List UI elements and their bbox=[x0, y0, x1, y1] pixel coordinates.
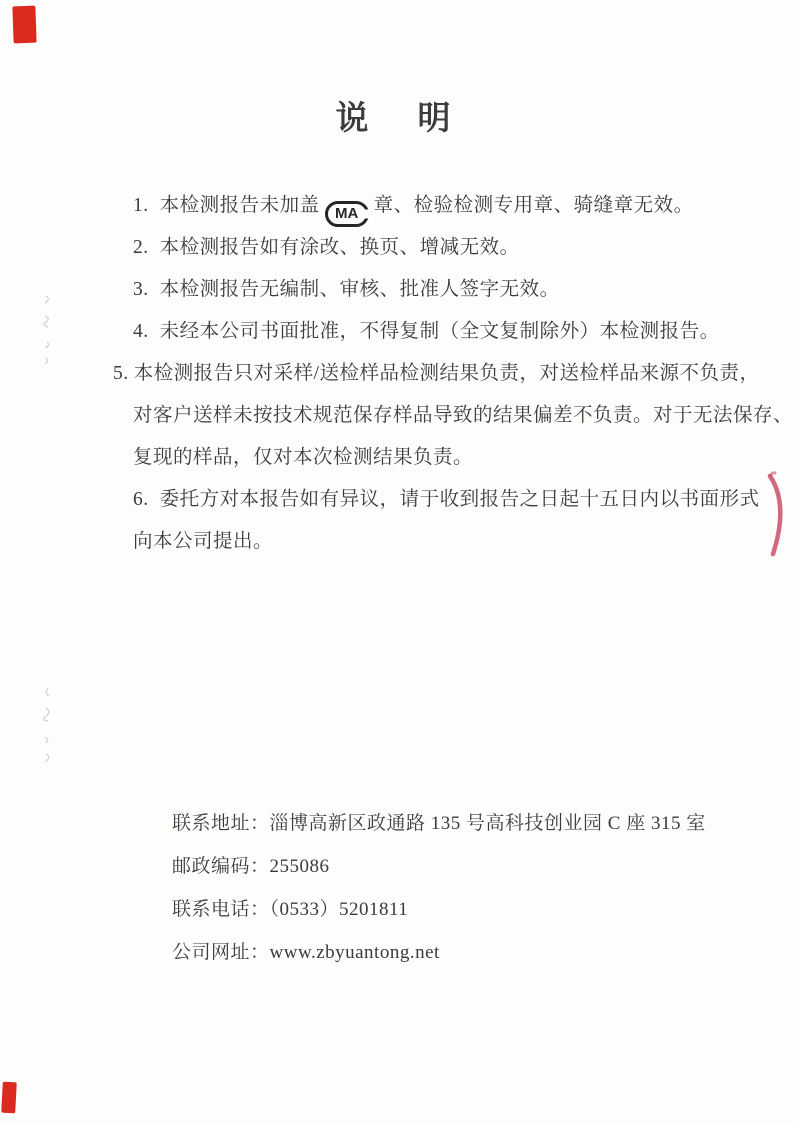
pencil-smudge-upper bbox=[36, 290, 58, 370]
contact-phone-line: 联系电话：（0533）5201811 bbox=[172, 888, 706, 931]
contact-postcode-line: 邮政编码：255086 bbox=[172, 845, 706, 888]
contact-address-label: 联系地址： bbox=[172, 813, 270, 834]
note-4-text: 未经本公司书面批准，不得复制（全文复制除外）本检测报告。 bbox=[160, 321, 720, 342]
note-item-5-line-3: 复现的样品，仅对本次检测结果负责。 bbox=[133, 437, 701, 479]
note-3-number: 3. bbox=[133, 269, 149, 311]
note-item-4: 4.未经本公司书面批准，不得复制（全文复制除外）本检测报告。 bbox=[133, 311, 701, 353]
note-5-text-line-3: 复现的样品，仅对本次检测结果负责。 bbox=[133, 447, 473, 468]
note-5-text-line-2: 对客户送样未按技术规范保存样品导致的结果偏差不负责。对于无法保存、 bbox=[133, 405, 793, 426]
notes-list: 1.本检测报告未加盖MA章、检验检测专用章、骑缝章无效。 2.本检测报告如有涂改… bbox=[133, 185, 701, 563]
note-5-number: 5. bbox=[113, 353, 129, 395]
note-6-text-line-2: 向本公司提出。 bbox=[133, 531, 273, 552]
cma-accreditation-mark-icon: MA bbox=[325, 201, 369, 227]
note-item-6-line-1: 6.委托方对本报告如有异议，请于收到报告之日起十五日内以书面形式 bbox=[133, 479, 701, 521]
contact-website-label: 公司网址： bbox=[172, 942, 270, 963]
note-item-6-line-2: 向本公司提出。 bbox=[133, 521, 701, 563]
contact-info-block: 联系地址：淄博高新区政通路 135 号高科技创业园 C 座 315 室 邮政编码… bbox=[172, 802, 706, 974]
note-1-number: 1. bbox=[133, 185, 149, 227]
note-2-text: 本检测报告如有涂改、换页、增减无效。 bbox=[160, 237, 520, 258]
contact-phone-label: 联系电话： bbox=[172, 899, 270, 920]
note-6-text-line-1: 委托方对本报告如有异议，请于收到报告之日起十五日内以书面形式 bbox=[160, 489, 760, 510]
note-item-5-line-2: 对客户送样未按技术规范保存样品导致的结果偏差不负责。对于无法保存、 bbox=[133, 395, 701, 437]
pencil-smudge-lower bbox=[36, 682, 58, 770]
note-item-5-line-1: 5.本检测报告只对采样/送检样品检测结果负责，对送检样品来源不负责， bbox=[113, 353, 701, 395]
note-item-1: 1.本检测报告未加盖MA章、检验检测专用章、骑缝章无效。 bbox=[133, 185, 701, 227]
contact-phone-value: （0533）5201811 bbox=[270, 899, 409, 920]
note-3-text: 本检测报告无编制、审核、批准人签字无效。 bbox=[160, 279, 560, 300]
red-pen-arc bbox=[757, 466, 794, 564]
note-item-3: 3.本检测报告无编制、审核、批准人签字无效。 bbox=[133, 269, 701, 311]
cma-mark-opening bbox=[365, 210, 371, 219]
scanned-report-notes-page: 说 明 1.本检测报告未加盖MA章、检验检测专用章、骑缝章无效。 2.本检测报告… bbox=[0, 0, 794, 1123]
note-6-number: 6. bbox=[133, 479, 149, 521]
contact-postcode-label: 邮政编码： bbox=[172, 856, 270, 877]
note-1-text-before-logo: 本检测报告未加盖 bbox=[160, 195, 320, 216]
red-stamp-fragment-bottom-left bbox=[1, 1082, 17, 1114]
cma-mark-letters: MA bbox=[335, 205, 358, 222]
note-item-2: 2.本检测报告如有涂改、换页、增减无效。 bbox=[133, 227, 701, 269]
contact-postcode-value: 255086 bbox=[270, 856, 330, 877]
contact-address-value: 淄博高新区政通路 135 号高科技创业园 C 座 315 室 bbox=[270, 813, 706, 834]
note-1-text-after-logo: 章、检验检测专用章、骑缝章无效。 bbox=[374, 195, 694, 216]
note-5-text-line-1: 本检测报告只对采样/送检样品检测结果负责，对送检样品来源不负责， bbox=[134, 363, 760, 384]
contact-website-value: www.zbyuantong.net bbox=[270, 942, 440, 963]
contact-website-line: 公司网址：www.zbyuantong.net bbox=[172, 931, 706, 974]
contact-address-line: 联系地址：淄博高新区政通路 135 号高科技创业园 C 座 315 室 bbox=[172, 802, 706, 845]
note-2-number: 2. bbox=[133, 227, 149, 269]
red-stamp-fragment-top-left bbox=[12, 6, 36, 44]
note-4-number: 4. bbox=[133, 311, 149, 353]
page-title: 说 明 bbox=[0, 92, 794, 139]
